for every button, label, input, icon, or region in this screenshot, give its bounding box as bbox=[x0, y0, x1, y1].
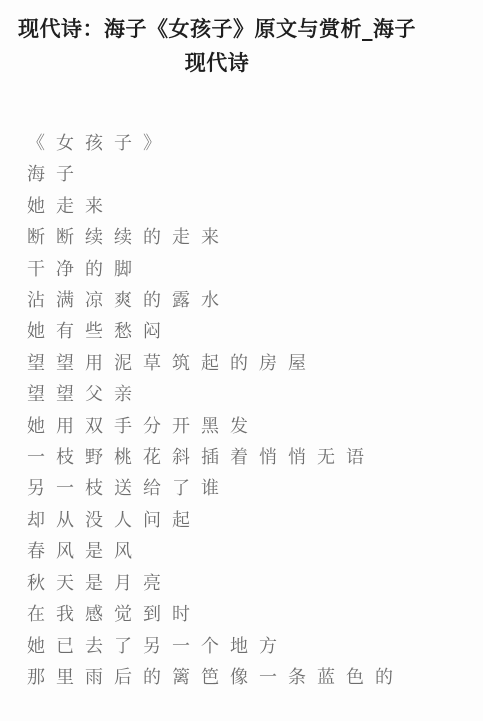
poem-line: 望望用泥草筑起的房屋 bbox=[27, 348, 483, 379]
poem-line: 却从没人问起 bbox=[27, 505, 483, 536]
poem-line: 在我感觉到时 bbox=[27, 599, 483, 630]
article-page: 现代诗：海子《女孩子》原文与赏析_海子 现代诗 《女孩子》 海子 她走来 断断续… bbox=[0, 0, 483, 721]
poem-body: 《女孩子》 海子 她走来 断断续续的走来 干净的脚 沾满凉爽的露水 她有些愁闷 … bbox=[0, 128, 483, 693]
page-title-line1: 现代诗：海子《女孩子》原文与赏析_海子 bbox=[0, 12, 434, 46]
poem-line: 望望父亲 bbox=[27, 379, 483, 410]
poem-line: 一枝野桃花斜插着悄悄无语 bbox=[27, 442, 483, 473]
poem-line: 春风是风 bbox=[27, 536, 483, 567]
poem-line: 那里雨后的篱笆像一条蓝色的 bbox=[27, 662, 483, 693]
article-header: 现代诗：海子《女孩子》原文与赏析_海子 现代诗 bbox=[0, 0, 434, 80]
poem-author: 海子 bbox=[27, 159, 483, 190]
poem-line: 断断续续的走来 bbox=[27, 222, 483, 253]
poem-line: 她用双手分开黑发 bbox=[27, 411, 483, 442]
poem-line: 秋天是月亮 bbox=[27, 568, 483, 599]
poem-line: 另一枝送给了谁 bbox=[27, 473, 483, 504]
poem-title: 《女孩子》 bbox=[27, 128, 483, 159]
poem-line: 她走来 bbox=[27, 191, 483, 222]
poem-line: 她已去了另一个地方 bbox=[27, 631, 483, 662]
poem-line: 沾满凉爽的露水 bbox=[27, 285, 483, 316]
poem-line: 干净的脚 bbox=[27, 254, 483, 285]
poem-line: 她有些愁闷 bbox=[27, 316, 483, 347]
page-title-line2: 现代诗 bbox=[0, 46, 434, 80]
